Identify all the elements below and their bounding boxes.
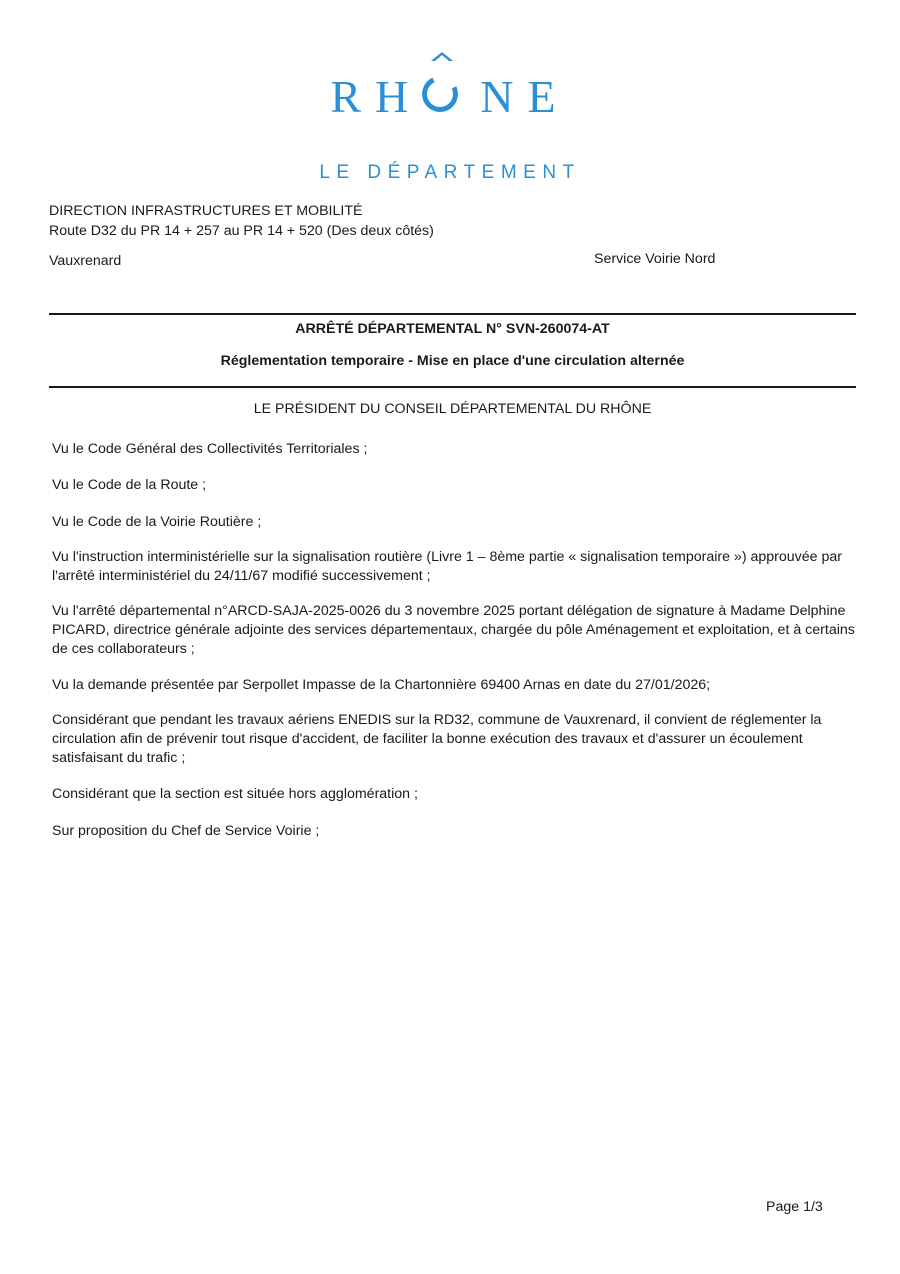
logo-subtitle: LE DÉPARTEMENT xyxy=(0,162,900,184)
route-label: Route D32 du PR 14 + 257 au PR 14 + 520 … xyxy=(49,223,434,239)
paragraph-instruction: Vu l'instruction interministérielle sur … xyxy=(52,548,862,586)
paragraph-code-voirie: Vu le Code de la Voirie Routière ; xyxy=(52,513,862,532)
logo-text-right: NE xyxy=(480,71,569,122)
service-label: Service Voirie Nord xyxy=(594,251,715,267)
paragraph-considerant-travaux: Considérant que pendant les travaux aéri… xyxy=(52,711,862,768)
arrete-title: ARRÊTÉ DÉPARTEMENTAL N° SVN-260074-AT xyxy=(49,321,856,337)
paragraph-proposition: Sur proposition du Chef de Service Voiri… xyxy=(52,822,862,841)
paragraph-delegation: Vu l'arrêté départemental n°ARCD-SAJA-20… xyxy=(52,602,862,659)
logo-o-circumflex-icon xyxy=(422,72,466,116)
divider-top xyxy=(49,313,856,315)
authority-heading: LE PRÉSIDENT DU CONSEIL DÉPARTEMENTAL DU… xyxy=(49,401,856,417)
paragraph-demande: Vu la demande présentée par Serpollet Im… xyxy=(52,676,862,695)
direction-label: DIRECTION INFRASTRUCTURES ET MOBILITÉ xyxy=(49,203,362,219)
page-number: Page 1/3 xyxy=(766,1199,823,1215)
paragraph-considerant-section: Considérant que la section est située ho… xyxy=(52,785,862,804)
rhone-logo: RHNE xyxy=(0,70,900,130)
arrete-subject: Réglementation temporaire - Mise en plac… xyxy=(49,353,856,369)
commune-label: Vauxrenard xyxy=(49,253,121,269)
paragraph-code-route: Vu le Code de la Route ; xyxy=(52,476,862,495)
divider-bottom xyxy=(49,386,856,388)
paragraph-cgct: Vu le Code Général des Collectivités Ter… xyxy=(52,440,862,459)
logo-text-left: RH xyxy=(330,71,422,122)
